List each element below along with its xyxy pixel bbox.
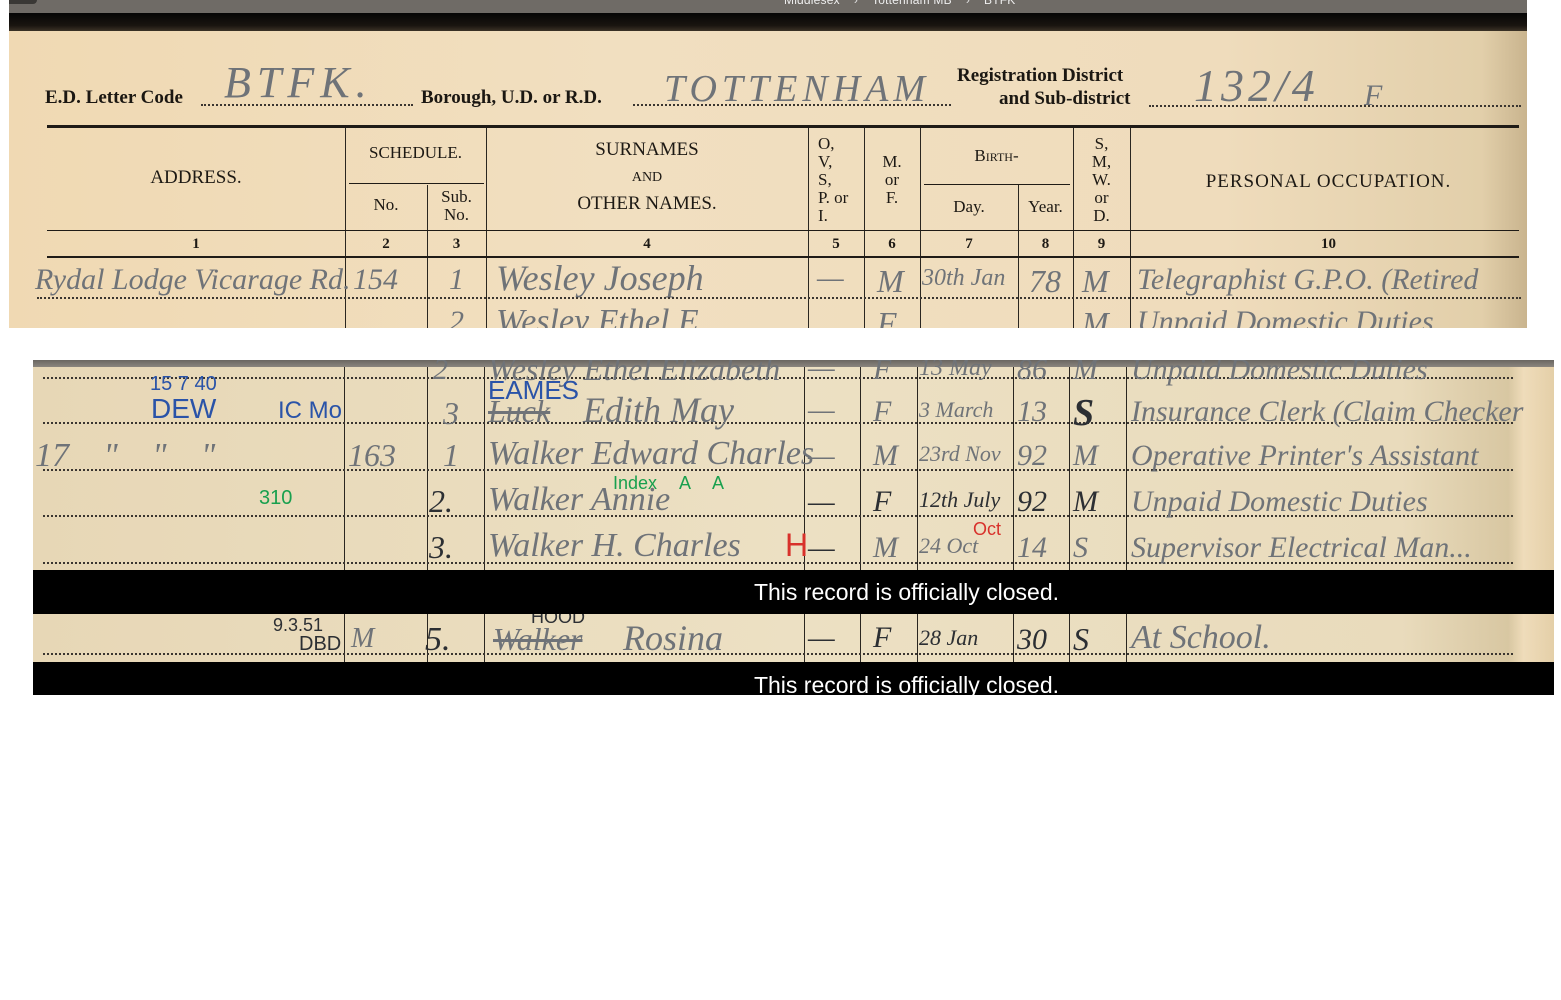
cell-birth-year: 86 bbox=[1017, 360, 1047, 387]
cell-sex: M bbox=[877, 263, 904, 300]
borough-value: TOTTENHAM bbox=[664, 67, 930, 111]
cell-ovspi: — bbox=[808, 531, 835, 565]
column-header-names-line3: OTHER NAMES. bbox=[486, 194, 808, 214]
cell-occupation: Operative Printer's Assistant bbox=[1131, 439, 1479, 473]
column-divider bbox=[1013, 367, 1014, 695]
column-header-names-line1: SURNAMES bbox=[486, 140, 808, 160]
breadcrumb: Middlesex›Tottenham MB›BTFK bbox=[784, 0, 1015, 7]
cell-marital: M bbox=[1082, 305, 1109, 328]
cell-marital: M bbox=[1073, 485, 1098, 519]
cell-occupation: At School. bbox=[1131, 619, 1271, 657]
cell-occupation: Insurance Clerk (Claim Checker bbox=[1131, 395, 1523, 429]
cell-marital: S bbox=[1073, 391, 1094, 435]
annotation-index: Index A A bbox=[613, 473, 724, 494]
cell-name: Rosina bbox=[623, 617, 723, 659]
cell-ovspi: — bbox=[808, 485, 835, 519]
annotation-number: 310 bbox=[259, 487, 292, 510]
column-header-occupation: PERSONAL OCCUPATION. bbox=[1130, 172, 1527, 192]
line: M. bbox=[864, 153, 920, 171]
column-number: 6 bbox=[864, 236, 920, 253]
cell-name: Edith May bbox=[583, 389, 734, 431]
header-rule bbox=[47, 125, 1519, 128]
cell-occupation: Telegraphist G.P.O. (Retired bbox=[1137, 263, 1478, 297]
column-header-names-line2: AND bbox=[486, 168, 808, 188]
column-number: 3 bbox=[427, 236, 486, 253]
column-header-sub-no-line1: Sub. bbox=[427, 188, 486, 206]
cell-occupation: Unpaid Domestic Duties bbox=[1131, 485, 1428, 519]
column-header-birth: Birth- bbox=[920, 147, 1073, 165]
cell-marital: M bbox=[1073, 360, 1098, 387]
cell-ovspi: — bbox=[808, 439, 835, 473]
cell-sub-no: 5. bbox=[425, 621, 451, 659]
image-panel-top[interactable]: Middlesex›Tottenham MB›BTFK E.D. Letter … bbox=[9, 0, 1527, 328]
line: O, bbox=[818, 135, 864, 153]
cell-marital: M bbox=[1082, 263, 1109, 300]
column-header-ovspi: O, V, S, P. or I. bbox=[808, 135, 864, 225]
cell-name: Wesley Ethel E... bbox=[496, 303, 724, 328]
column-divider bbox=[860, 367, 861, 695]
column-number: 9 bbox=[1073, 236, 1130, 253]
cell-birth-day: 13 May bbox=[919, 360, 992, 382]
sub-district-label: and Sub-district bbox=[999, 88, 1130, 110]
cell-sub-no: 2. bbox=[429, 483, 453, 520]
birth-group-rule bbox=[924, 184, 1070, 185]
cell-ovspi: — bbox=[808, 360, 835, 385]
column-number: 8 bbox=[1018, 236, 1073, 253]
line: F. bbox=[864, 189, 920, 207]
cell-sex: M bbox=[873, 531, 898, 565]
cell-sex: F bbox=[873, 395, 891, 429]
cell-schedule-no: 154 bbox=[353, 263, 398, 297]
cell-sub-no: 2 bbox=[449, 305, 464, 328]
column-number: 1 bbox=[47, 236, 345, 253]
closed-record-text: This record is officially closed. bbox=[754, 579, 1059, 605]
cell-schedule-no: 163 bbox=[348, 437, 396, 474]
column-header-sub-no: Sub. No. bbox=[427, 188, 486, 224]
cell-sub-no: 1 bbox=[443, 437, 459, 474]
cell-birth-day: 12th July bbox=[919, 487, 1000, 513]
breadcrumb-item-borough[interactable]: Tottenham MB bbox=[872, 0, 952, 7]
column-number: 10 bbox=[1130, 236, 1527, 253]
column-header-birth-year: Year. bbox=[1018, 198, 1073, 216]
cell-occupation: Unpaid Domestic Duties bbox=[1131, 360, 1428, 387]
registration-district-label: Registration District bbox=[957, 65, 1123, 87]
cell-name: Walker H. Charles bbox=[488, 527, 741, 565]
row-dotted-rule bbox=[37, 297, 1521, 299]
line: or bbox=[1073, 189, 1130, 207]
cell-name-struck: Luck bbox=[488, 393, 550, 430]
cell-name-struck: Walker bbox=[493, 621, 582, 658]
register-page-header: E.D. Letter Code BTFK. Borough, U.D. or … bbox=[9, 31, 1527, 328]
column-number: 4 bbox=[486, 236, 808, 253]
cell-birth-year: 92 bbox=[1017, 439, 1047, 473]
cell-birth-year: 92 bbox=[1017, 485, 1047, 519]
annotation-mark: H bbox=[785, 527, 808, 564]
cell-birth-day: 28 Jan bbox=[919, 625, 978, 651]
closed-record-text: This record is officially closed. bbox=[754, 672, 1059, 695]
column-divider bbox=[484, 367, 485, 695]
line: W. bbox=[1073, 171, 1130, 189]
cell-birth-day: 3 March bbox=[919, 397, 993, 423]
cell-address: 17 " " " bbox=[35, 437, 215, 475]
cell-marital: S bbox=[1073, 531, 1088, 565]
cell-name: Wesley Joseph bbox=[496, 257, 704, 299]
row-dotted-rule bbox=[43, 653, 1513, 655]
annotation-code: IC Mo bbox=[278, 397, 342, 425]
cell-sex: F bbox=[873, 621, 891, 655]
scan-edge bbox=[9, 13, 1527, 31]
cell-name: Walker Edward Charles bbox=[488, 435, 814, 473]
cell-sex: F bbox=[877, 305, 897, 328]
register-page-rows: 2 Wesley Ethel Elizabeth — F 13 May 86 M… bbox=[33, 367, 1554, 695]
column-header-birth-day: Day. bbox=[920, 198, 1018, 216]
cell-ovspi: — bbox=[808, 393, 835, 427]
closed-record-banner: This record is officially closed. bbox=[33, 662, 1554, 695]
column-header-schedule-no: No. bbox=[345, 196, 427, 214]
cell-occupation: Supervisor Electrical Man... bbox=[1131, 531, 1472, 565]
cell-birth-year: 30 bbox=[1017, 623, 1047, 657]
column-header-address: ADDRESS. bbox=[47, 168, 345, 188]
line: S, bbox=[818, 171, 864, 189]
borough-label: Borough, U.D. or R.D. bbox=[421, 87, 602, 109]
line: or bbox=[864, 171, 920, 189]
annotation-initials: DEW bbox=[151, 393, 216, 425]
cell-occupation: Unpaid Domestic Duties bbox=[1137, 305, 1434, 328]
cell-marital: M bbox=[1073, 439, 1098, 473]
menu-icon[interactable] bbox=[9, 0, 37, 4]
cell-sub-no: 1 bbox=[449, 263, 464, 297]
line: S, bbox=[1073, 135, 1130, 153]
column-number-rule bbox=[47, 230, 1519, 231]
cell-sub-no: 2 bbox=[433, 360, 448, 387]
column-header-schedule: SCHEDULE. bbox=[345, 144, 486, 162]
cell-address: Rydal Lodge Vicarage Rd. bbox=[35, 263, 351, 297]
column-number-rule-bottom bbox=[47, 256, 1519, 258]
column-divider bbox=[917, 367, 918, 695]
registration-district-mark: F bbox=[1364, 79, 1382, 113]
breadcrumb-separator-icon: › bbox=[854, 0, 858, 7]
line: D. bbox=[1073, 207, 1130, 225]
ed-letter-code-value: BTFK. bbox=[224, 57, 373, 108]
viewer-toolbar: Middlesex›Tottenham MB›BTFK bbox=[9, 0, 1527, 13]
cell-birth-day: 24 Oct bbox=[919, 533, 978, 559]
column-header-sex: M. or F. bbox=[864, 153, 920, 207]
cell-sex: F bbox=[873, 485, 891, 519]
cell-sub-no: 3. bbox=[429, 529, 453, 566]
cell-sex: F bbox=[873, 360, 891, 387]
cell-birth-year: 13 bbox=[1017, 395, 1047, 429]
breadcrumb-item-county[interactable]: Middlesex bbox=[784, 0, 840, 7]
cell-marital: S bbox=[1073, 621, 1089, 658]
column-number: 5 bbox=[808, 236, 864, 253]
cell-sex: M bbox=[873, 439, 898, 473]
column-number: 7 bbox=[920, 236, 1018, 253]
cell-schedule-no: M bbox=[351, 623, 374, 655]
cell-birth-day: 30th Jan bbox=[922, 265, 1005, 292]
column-number: 2 bbox=[345, 236, 427, 253]
column-divider bbox=[344, 367, 345, 695]
annotation-correction: Oct bbox=[973, 519, 1001, 540]
annotation-initials: DBD bbox=[299, 633, 341, 656]
cell-ovspi: — bbox=[808, 621, 835, 655]
schedule-group-rule bbox=[349, 183, 484, 184]
cell-birth-year: 14 bbox=[1017, 531, 1047, 565]
registration-district-value: 132/4 bbox=[1194, 59, 1319, 112]
cell-birth-day: 23rd Nov bbox=[919, 441, 1001, 467]
cell-birth-year: 78 bbox=[1029, 263, 1061, 300]
column-header-names: SURNAMES AND OTHER NAMES. bbox=[486, 140, 808, 214]
line: I. bbox=[818, 207, 864, 225]
column-header-marital: S, M, W. or D. bbox=[1073, 135, 1130, 225]
breadcrumb-item-ed-code[interactable]: BTFK bbox=[984, 0, 1015, 7]
cell-sub-no: 3 bbox=[443, 395, 459, 432]
closed-record-banner: This record is officially closed. bbox=[33, 570, 1554, 614]
breadcrumb-separator-icon: › bbox=[966, 0, 970, 7]
line: M, bbox=[1073, 153, 1130, 171]
line: P. or bbox=[818, 189, 864, 207]
column-header-sub-no-line2: No. bbox=[427, 206, 486, 224]
ed-letter-code-label: E.D. Letter Code bbox=[45, 87, 183, 109]
cell-ovspi: — bbox=[817, 261, 844, 295]
column-divider bbox=[1069, 367, 1070, 695]
column-divider bbox=[1126, 367, 1127, 695]
line: V, bbox=[818, 153, 864, 171]
image-panel-bottom[interactable]: 2 Wesley Ethel Elizabeth — F 13 May 86 M… bbox=[33, 360, 1554, 695]
